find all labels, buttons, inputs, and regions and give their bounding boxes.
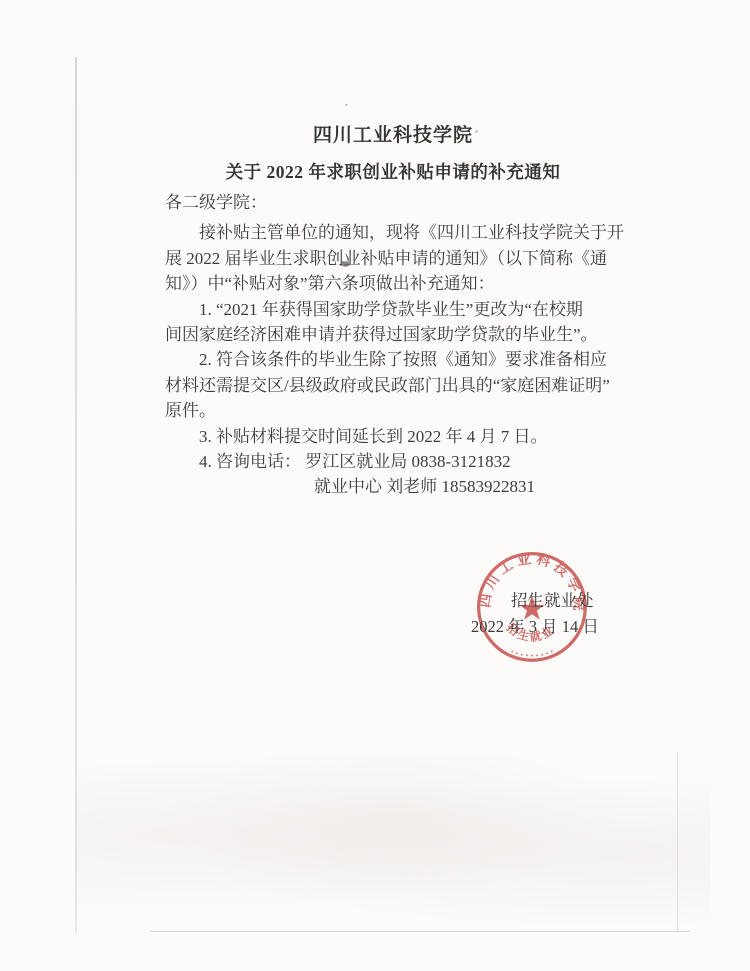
body-line: 间因家庭经济困难申请并获得过国家助学贷款的毕业生”。 [165,322,621,347]
paper-right-edge [677,752,678,932]
document-title: 四川工业科技学院 [165,125,621,147]
item-3-line: 3. 补贴材料提交时间延长到 2022 年 4 月 7 日。 [165,424,621,449]
item-4-line: 4. 咨询电话： 罗江区就业局 0838-3121832 [165,449,621,474]
notice-document: 四川工业科技学院 关于 2022 年求职创业补贴申请的补充通知 各二级学院： 接… [165,125,621,500]
scan-speck [345,104,348,106]
item-2-line: 2. 符合该条件的毕业生除了按照《通知》要求准备相应 [165,347,621,372]
seal-serial-dots [511,651,552,657]
paper-left-edge [75,57,77,933]
contact-line-2: 就业中心 刘老师 18583922831 [165,474,621,499]
signature-date: 2022 年 3 月 14 日 [471,613,611,637]
body-line: 知》）中“补贴对象”第六条项做出补充通知： [165,271,621,296]
item-1-line: 1. “2021 年获得国家助学贷款毕业生”更改为“在校期 [165,297,621,322]
salutation-line: 各二级学院： [165,190,621,215]
paper-bottom-edge [150,931,690,932]
document-subtitle: 关于 2022 年求职创业补贴申请的补充通知 [165,161,621,183]
body-line: 展 2022 届毕业生求职创业补贴申请的通知》（以下简称《通 [165,246,621,271]
body-line: 接补贴主管单位的通知，现将《四川工业科技学院关于开 [165,220,621,245]
signature-department: 招生就业处 [511,587,595,611]
notice-body: 各二级学院： 接补贴主管单位的通知，现将《四川工业科技学院关于开 展 2022 … [165,190,621,500]
body-line: 原件。 [165,398,621,423]
paper-texture [75,755,710,933]
body-line: 材料还需提交区/县级政府或民政部门出具的“家庭困难证明” [165,373,621,398]
